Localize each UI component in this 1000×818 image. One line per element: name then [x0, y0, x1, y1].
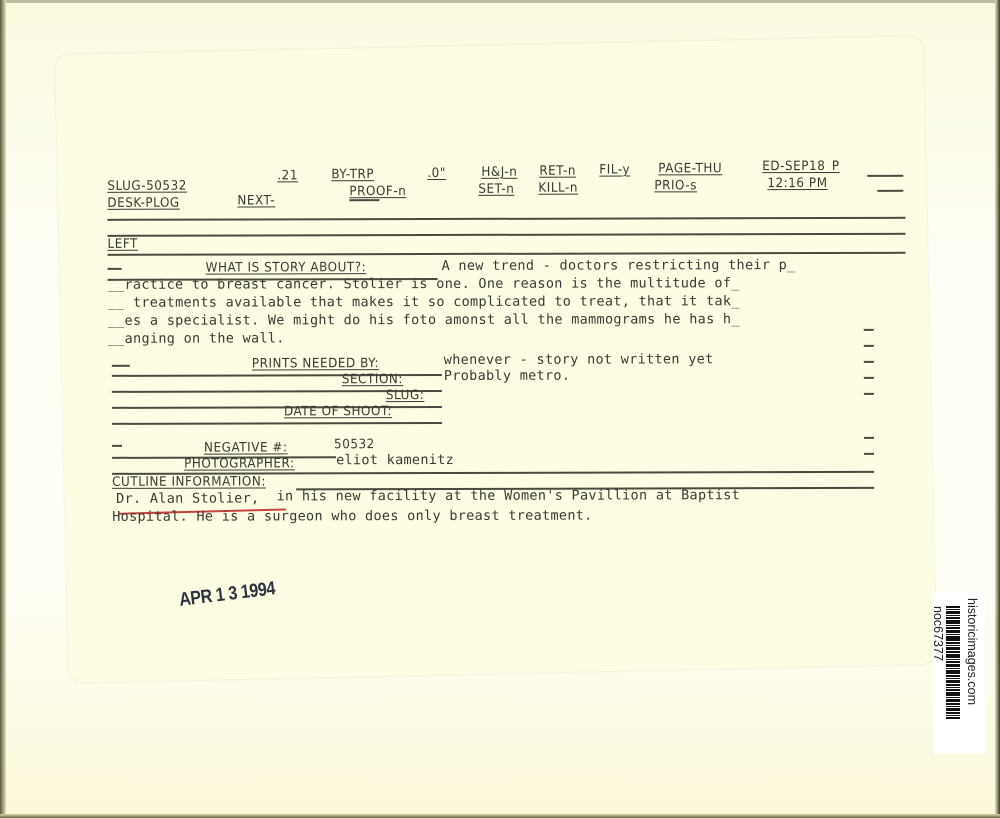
rule	[112, 406, 442, 408]
time-field: 12:16 PM	[767, 176, 827, 191]
photo-edge-bottom	[0, 814, 1000, 818]
rule	[864, 361, 874, 363]
rule	[864, 377, 874, 379]
story-text-line: A new trend - doctors restricting their …	[442, 257, 796, 274]
photo-edge-top	[0, 0, 1000, 3]
edition-field: ED-SEP18_P	[762, 159, 839, 174]
rule	[864, 453, 874, 455]
news-desk-form-sheet: SLUG-50532 .21 BY-TRP .0" H&J-n RET-n FI…	[55, 36, 936, 683]
rule	[112, 365, 130, 367]
cutline-subject-name: Dr. Alan Stolier,	[116, 490, 259, 506]
story-label: WHAT IS STORY ABOUT?:	[206, 260, 367, 275]
slug-code: SLUG-50532	[107, 179, 187, 194]
slug-label: SLUG:	[386, 388, 425, 403]
story-text-line: __ractice to breast cancer. Stolier is o…	[108, 275, 740, 293]
section-value: Probably metro.	[444, 368, 570, 384]
story-text-line: __es a specialist. We might do his foto …	[108, 311, 740, 329]
prints-needed-label: PRINTS NEEDED BY:	[252, 356, 379, 371]
negative-value: 50532	[334, 437, 375, 452]
archive-barcode-label: historicimages.com noc67377	[933, 592, 985, 754]
photo-edge-left	[0, 0, 6, 818]
proof-field: PROOF-n	[349, 184, 406, 199]
fil-field: FIL-y	[599, 162, 630, 177]
next-field: NEXT-	[237, 193, 275, 208]
rule	[108, 268, 122, 270]
rule	[112, 445, 122, 447]
barcode	[946, 606, 960, 740]
left-label: LEFT	[107, 237, 137, 252]
set-field: SET-n	[478, 182, 514, 197]
archive-site-text: historicimages.com	[965, 598, 979, 705]
rule	[867, 175, 903, 177]
date-of-shoot-label: DATE OF SHOOT:	[284, 404, 392, 419]
photographer-value: eliot kamenitz	[336, 452, 454, 468]
rule	[864, 345, 874, 347]
length-field: .21	[277, 168, 298, 183]
page-field: PAGE-THU	[658, 161, 722, 176]
rule	[864, 393, 874, 395]
cutline-text-line: in his new facility at the Women's Pavil…	[268, 487, 740, 504]
priority-field: PRIO-s	[654, 178, 697, 193]
prints-needed-value: whenever - story not written yet	[444, 351, 714, 368]
story-text-line: __ treatments available that makes it so…	[108, 293, 740, 311]
rule	[108, 252, 906, 256]
cutline-text-line: Hospital. He is a surgeon who does only …	[112, 508, 592, 525]
rule	[107, 233, 905, 237]
rule	[877, 190, 903, 192]
desk-field: DESK-PLOG	[107, 196, 179, 211]
photographer-label: PHOTOGRAPHER:	[184, 456, 295, 471]
depth-field: .0"	[427, 166, 446, 181]
byline-field: BY-TRP	[331, 167, 374, 182]
photo-edge-right	[995, 0, 1000, 818]
section-label: SECTION:	[342, 372, 403, 387]
rule	[864, 437, 874, 439]
negative-label: NEGATIVE #:	[204, 440, 288, 455]
rule	[107, 217, 905, 221]
rule	[864, 329, 874, 331]
kill-field: KILL-n	[538, 181, 578, 196]
rule	[349, 199, 379, 201]
rule	[112, 422, 442, 424]
hj-field: H&J-n	[481, 165, 517, 180]
archive-id-text: noc67377	[931, 606, 945, 661]
story-text-line: __anging on the wall.	[108, 330, 285, 346]
ret-field: RET-n	[539, 164, 576, 179]
cutline-label: CUTLINE INFORMATION:	[112, 474, 266, 489]
